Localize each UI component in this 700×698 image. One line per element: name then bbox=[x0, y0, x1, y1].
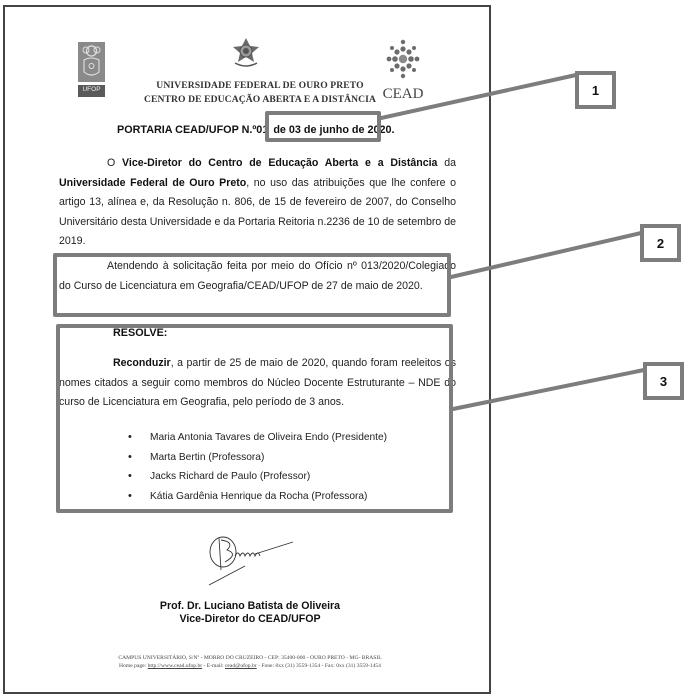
callout-3: 3 bbox=[643, 362, 684, 400]
callout-2: 2 bbox=[640, 224, 681, 262]
connector-2 bbox=[451, 233, 641, 277]
callout-1: 1 bbox=[575, 71, 616, 109]
connector-3 bbox=[453, 370, 644, 409]
connector-1 bbox=[381, 75, 576, 118]
